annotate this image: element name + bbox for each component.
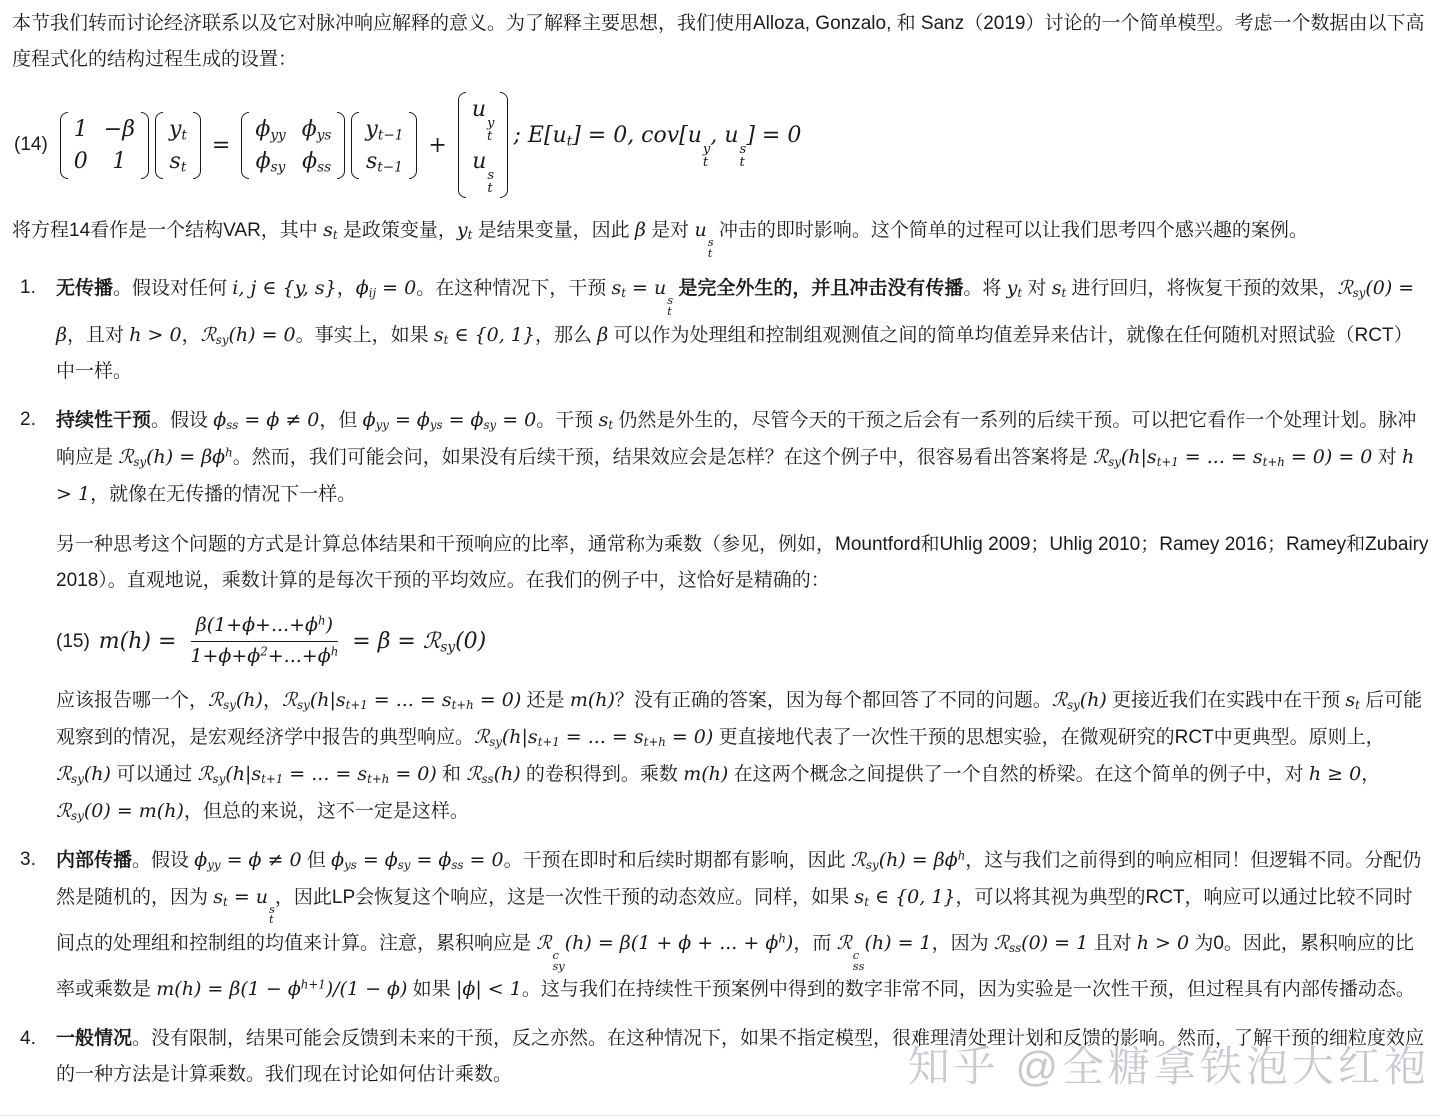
left-paren-icon [458, 92, 466, 198]
list-item-internal-propagation: 3. 内部传播。假设 ϕyy = ϕ ≠ 0 但 ϕys = ϕsy = ϕss… [12, 842, 1430, 1009]
list-item-number: 1. [20, 270, 56, 389]
vector-cell: yt−1 [365, 115, 403, 144]
equation-15: (15) m(h) = β(1+ϕ+...+ϕh) 1+ϕ+ϕ2+...+ϕh … [56, 613, 1430, 669]
plus-sign: + [428, 132, 446, 160]
list-item-number: 4. [20, 1021, 56, 1093]
matrix-cell: 1 [74, 115, 88, 144]
list-item-1-paragraph: 无传播。假设对任何 i, j ∈ {y, s}，ϕij = 0。在这种情况下，干… [56, 270, 1430, 389]
impact-matrix: 1 −β 0 1 [60, 112, 149, 179]
multiplier-rhs: = β = ℛsy(0) [352, 627, 486, 656]
fraction-numerator: β(1+ϕ+...+ϕh) [191, 613, 338, 642]
right-paren-icon [500, 92, 508, 198]
fraction: β(1+ϕ+...+ϕh) 1+ϕ+ϕ2+...+ϕh [185, 613, 343, 669]
vector-cell: ust [472, 147, 494, 195]
right-paren-icon [409, 112, 417, 179]
var-interpretation-paragraph: 将方程14看作是一个结构VAR，其中 st 是政策变量，yt 是结果变量，因此 … [12, 212, 1430, 258]
list-item-number: 2. [20, 402, 56, 830]
lag-vector: yt−1 st−1 [351, 112, 417, 179]
vector-cell: st−1 [366, 147, 403, 176]
matrix-cell: −β [104, 115, 135, 144]
list-item-no-propagation: 1. 无传播。假设对任何 i, j ∈ {y, s}，ϕij = 0。在这种情况… [12, 270, 1430, 389]
list-item-number: 3. [20, 842, 56, 1009]
matrix-cell: ϕys [302, 115, 332, 144]
list-item-general-case: 4. 一般情况。没有限制，结果可能会反馈到未来的干预，反之亦然。在这种情况下，如… [12, 1021, 1430, 1093]
left-paren-icon [241, 112, 249, 179]
vector-cell: st [170, 147, 187, 176]
list-item-3-paragraph: 内部传播。假设 ϕyy = ϕ ≠ 0 但 ϕys = ϕsy = ϕss = … [56, 842, 1430, 1009]
equation-15-label: (15) [56, 630, 90, 654]
document-body: 本节我们转而讨论经济联系以及它对脉冲响应解释的意义。为了解释主要思想，我们使用A… [0, 0, 1440, 1093]
shock-vector: uyt ust [458, 92, 509, 198]
equation-14: (14) 1 −β 0 1 yt st = ϕyy ϕys [14, 92, 1430, 198]
matrix-cell: 0 [74, 147, 88, 176]
vector-cell: yt [169, 115, 187, 144]
matrix-cell: ϕss [302, 147, 331, 176]
equals-sign: = [212, 132, 230, 160]
right-paren-icon [193, 112, 201, 179]
list-item-4-paragraph: 一般情况。没有限制，结果可能会反馈到未来的干预，反之亦然。在这种情况下，如果不指… [56, 1021, 1430, 1093]
list-item-2-paragraph-1: 持续性干预。假设 ϕss = ϕ ≠ 0，但 ϕyy = ϕys = ϕsy =… [56, 402, 1430, 513]
moment-conditions: ; E[ut] = 0, cov[uyt, ust] = 0 [513, 121, 801, 169]
matrix-cell: ϕyy [255, 115, 285, 144]
right-paren-icon [141, 112, 149, 179]
list-item-2-paragraph-2: 另一种思考这个问题的方式是计算总体结果和干预响应的比率，通常称为乘数（参见，例如… [56, 527, 1430, 599]
case-list: 1. 无传播。假设对任何 i, j ∈ {y, s}，ϕij = 0。在这种情况… [12, 270, 1430, 1092]
right-paren-icon [337, 112, 345, 179]
state-vector: yt st [155, 112, 201, 179]
coefficient-matrix: ϕyy ϕys ϕsy ϕss [241, 112, 345, 179]
list-item-persistent-intervention: 2. 持续性干预。假设 ϕss = ϕ ≠ 0，但 ϕyy = ϕys = ϕs… [12, 402, 1430, 830]
matrix-cell: ϕsy [256, 147, 286, 176]
multiplier-lhs: m(h) = [99, 627, 177, 656]
left-paren-icon [155, 112, 163, 179]
bottom-divider [0, 1115, 1440, 1116]
equation-14-label: (14) [14, 133, 48, 157]
intro-paragraph: 本节我们转而讨论经济联系以及它对脉冲响应解释的意义。为了解释主要思想，我们使用A… [12, 6, 1430, 78]
left-paren-icon [60, 112, 68, 179]
matrix-cell: 1 [112, 147, 126, 176]
left-paren-icon [351, 112, 359, 179]
fraction-denominator: 1+ϕ+ϕ2+...+ϕh [185, 642, 343, 670]
list-item-2-paragraph-3: 应该报告哪一个，ℛsy(h)，ℛsy(h|st+1 = ... = st+h =… [56, 682, 1430, 830]
vector-cell: uyt [472, 95, 495, 143]
